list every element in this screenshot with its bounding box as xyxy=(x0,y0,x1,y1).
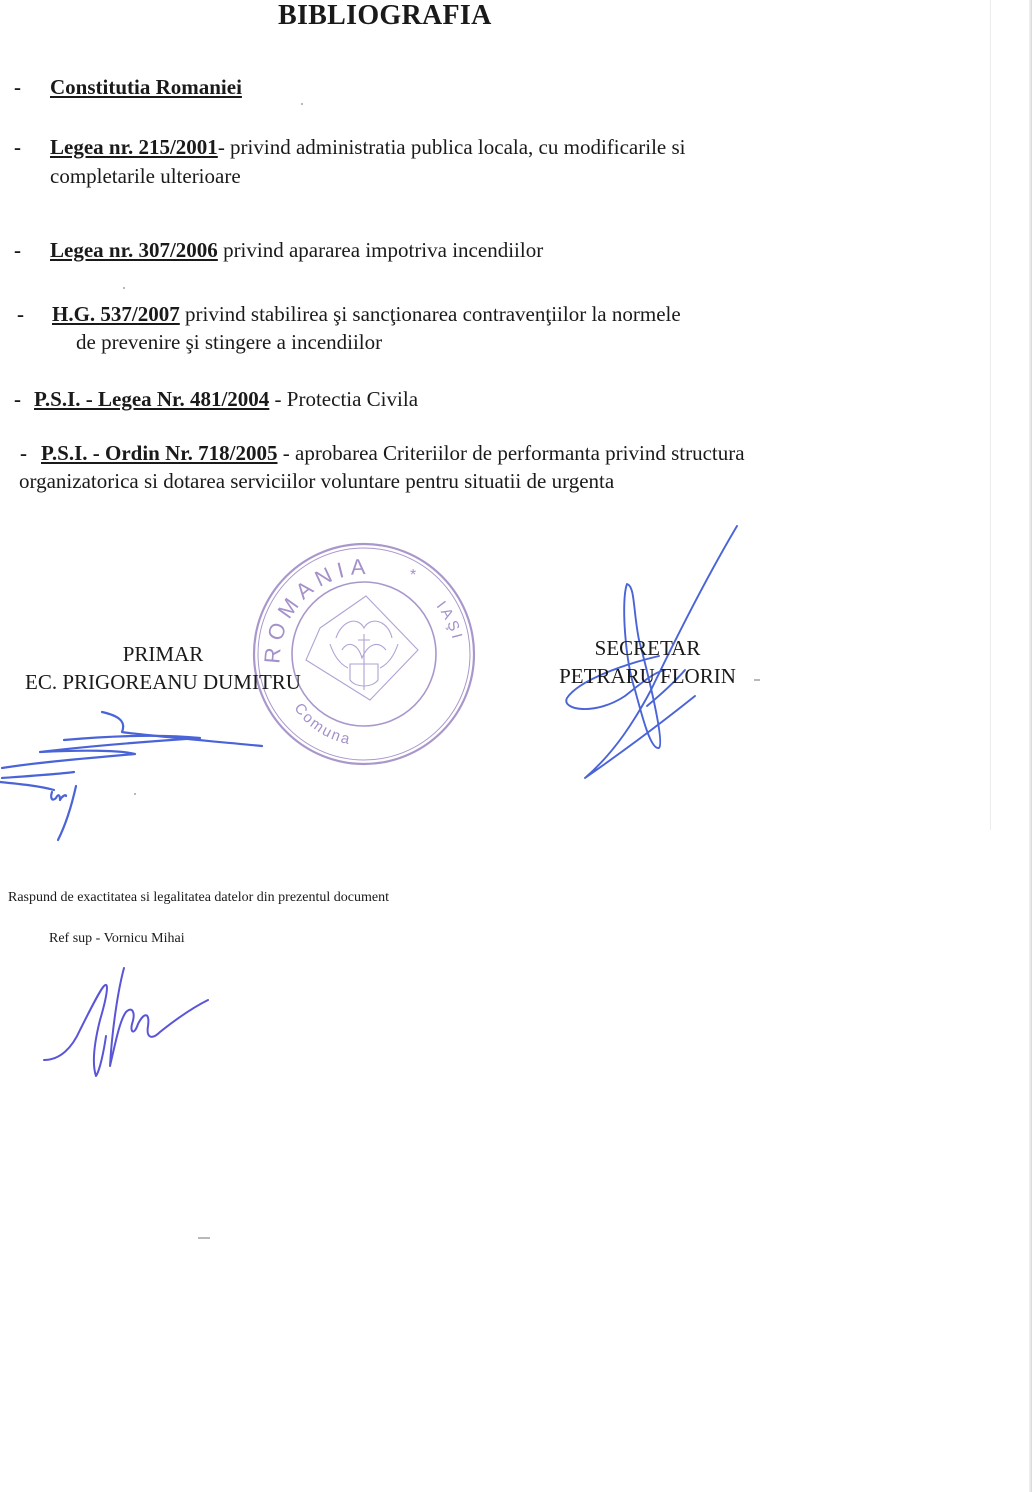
bullet-dash: - xyxy=(14,133,50,162)
reference-description-continuation: de prevenire şi stingere a incendiilor xyxy=(17,328,681,357)
stamp-bottom-text: Comuna xyxy=(291,700,354,748)
scanned-document-page: BIBLIOGRAFIA -Constitutia Romaniei -Lege… xyxy=(0,0,1035,1492)
reference-description: - Protectia Civila xyxy=(269,387,418,411)
reference-title: Legea nr. 215/2001 xyxy=(50,135,218,159)
bullet-dash: - xyxy=(14,73,50,102)
referent-handwritten-signature xyxy=(40,960,220,1085)
scan-speck xyxy=(301,103,303,105)
scan-fold-line xyxy=(990,0,991,830)
reference-description-continuation: organizatorica si dotarea serviciilor vo… xyxy=(19,467,745,496)
secretar-role: SECRETAR xyxy=(540,634,755,662)
bibliography-item: -Legea nr. 307/2006 privind apararea imp… xyxy=(14,236,543,265)
stamp-right-text: IAŞI xyxy=(433,598,466,643)
scan-speck xyxy=(134,793,136,795)
bibliography-item: -P.S.I. - Ordin Nr. 718/2005 - aprobarea… xyxy=(20,439,745,496)
stamp-star: * xyxy=(410,567,416,584)
reference-title: H.G. 537/2007 xyxy=(52,302,180,326)
reference-description: - aprobarea Criteriilor de performanta p… xyxy=(278,441,745,465)
scan-speck xyxy=(754,679,760,681)
reference-description-continuation: completarile ulterioare xyxy=(14,162,686,191)
primar-signature-block: PRIMAR EC. PRIGOREANU DUMITRU xyxy=(4,640,322,696)
reference-description: privind apararea impotriva incendiilor xyxy=(218,238,543,262)
primar-name: EC. PRIGOREANU DUMITRU xyxy=(4,668,322,696)
bibliography-item: -P.S.I. - Legea Nr. 481/2004 - Protectia… xyxy=(14,385,418,414)
primar-role: PRIMAR xyxy=(4,640,322,668)
primar-handwritten-signature xyxy=(0,700,270,850)
bullet-dash: - xyxy=(14,236,50,265)
bibliography-item: -Legea nr. 215/2001- privind administrat… xyxy=(14,133,686,191)
scan-speck xyxy=(123,287,125,289)
reference-title: Constitutia Romaniei xyxy=(50,75,242,99)
bullet-dash: - xyxy=(20,439,41,468)
bibliography-item: -H.G. 537/2007 privind stabilirea şi san… xyxy=(17,300,681,357)
secretar-signature-block: SECRETAR PETRARU FLORIN xyxy=(540,634,755,690)
scan-page-edge xyxy=(1029,0,1032,1492)
bullet-dash: - xyxy=(17,300,52,329)
reference-description: - privind administratia publica locala, … xyxy=(218,135,686,159)
document-title: BIBLIOGRAFIA xyxy=(278,0,492,32)
reference-description: privind stabilirea şi sancţionarea contr… xyxy=(180,302,681,326)
coat-of-arms-icon xyxy=(306,596,418,700)
secretar-name: PETRARU FLORIN xyxy=(540,662,755,690)
scan-speck xyxy=(198,1237,210,1239)
bullet-dash: - xyxy=(14,385,34,414)
referent-name: Ref sup - Vornicu Mihai xyxy=(49,931,185,947)
reference-title: Legea nr. 307/2006 xyxy=(50,238,218,262)
bibliography-item: -Constitutia Romaniei xyxy=(14,73,242,102)
reference-title: P.S.I. - Legea Nr. 481/2004 xyxy=(34,387,269,411)
reference-title: P.S.I. - Ordin Nr. 718/2005 xyxy=(41,441,278,465)
responsibility-note: Raspund de exactitatea si legalitatea da… xyxy=(8,890,389,906)
